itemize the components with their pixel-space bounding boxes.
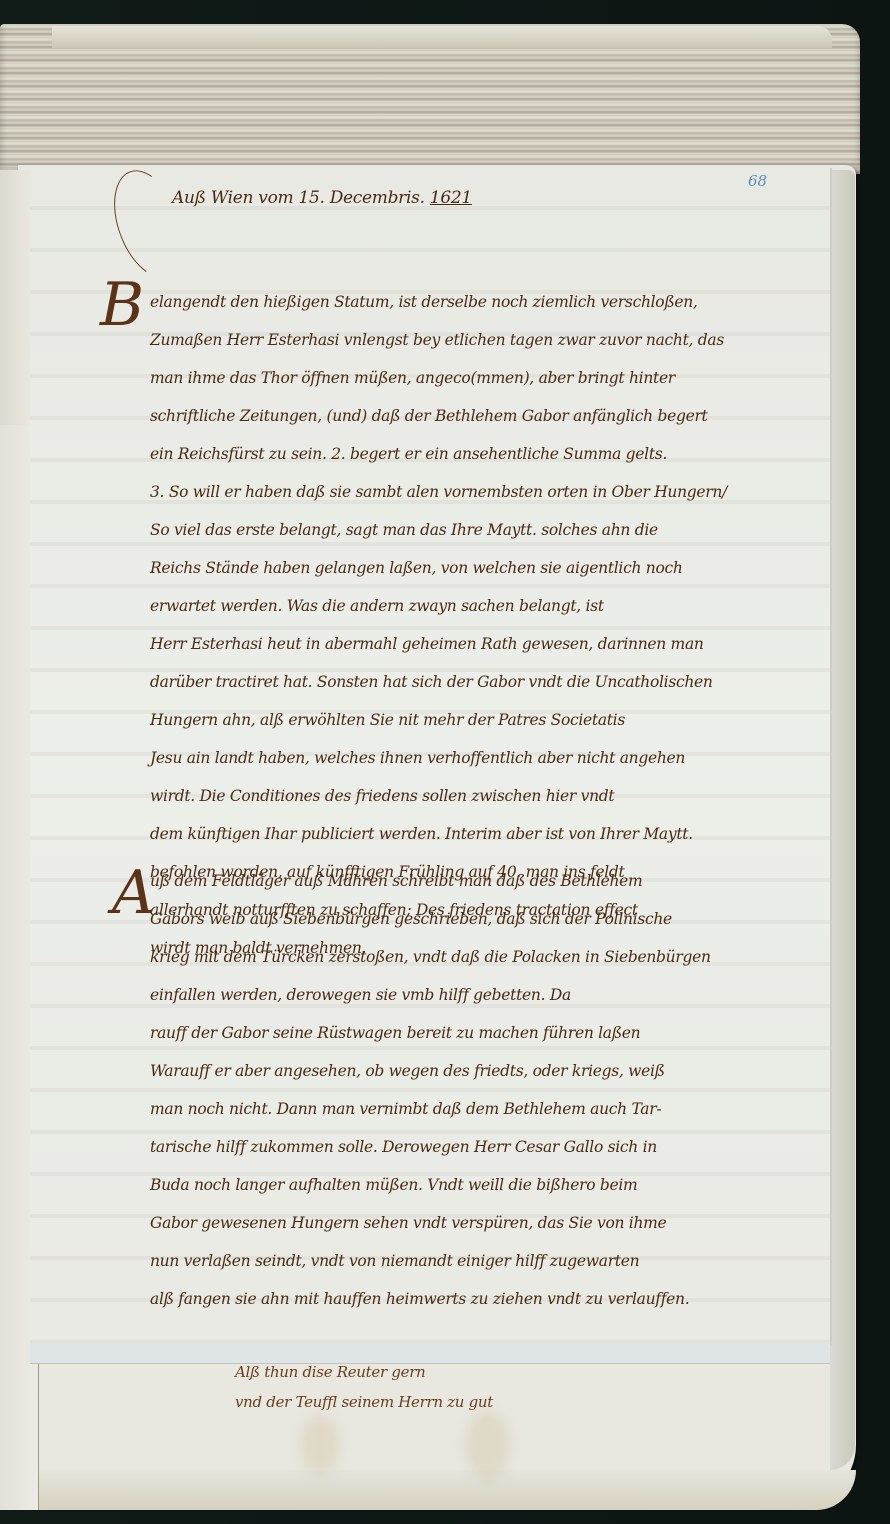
text-line: rauff der Gabor seine Rüstwagen bereit z…	[150, 1014, 810, 1052]
text-line: Gabor gewesenen Hungern sehen vndt versp…	[150, 1204, 810, 1242]
text-line: krieg mit dem Türcken zerstoßen, vndt da…	[150, 938, 810, 976]
text-line: elangendt den hießigen Statum, ist derse…	[150, 283, 810, 321]
water-stain	[300, 1415, 340, 1475]
decorated-initial: B	[100, 270, 144, 340]
text-line: Herr Esterhasi heut in abermahl geheimen…	[150, 625, 810, 663]
text-line: man ihme das Thor öffnen müßen, angeco(m…	[150, 359, 810, 397]
text-line: Jesu ain landt haben, welches ihnen verh…	[150, 739, 810, 777]
footnote: Alß thun dise Reuter gern vnd der Teuffl…	[235, 1357, 493, 1417]
water-stain	[465, 1410, 510, 1480]
text-line: erwartet werden. Was die andern zwayn sa…	[150, 587, 810, 625]
text-line: So viel das erste belangt, sagt man das …	[150, 511, 810, 549]
page-stack-top-leaf	[52, 26, 832, 48]
paragraph-2: uß dem Feldtläger auß Mähren schreibt ma…	[150, 862, 810, 1318]
heading-year: 1621	[430, 188, 472, 208]
text-line: Warauff er aber angesehen, ob wegen des …	[150, 1052, 810, 1090]
text-line: Buda noch langer aufhalten müßen. Vndt w…	[150, 1166, 810, 1204]
text-line: nun verlaßen seindt, vndt von niemandt e…	[150, 1242, 810, 1280]
text-line: man noch nicht. Dann man vernimbt daß de…	[150, 1090, 810, 1128]
document-heading: Auß Wien vom 15. Decembris. 1621	[172, 188, 472, 208]
footnote-line: vnd der Teuffl seinem Herrn zu gut	[235, 1387, 493, 1417]
heading-text: Auß Wien vom 15. Decembris.	[172, 188, 425, 208]
folio-number: 68	[748, 172, 767, 190]
text-line: Hungern ahn, alß erwöhlten Sie nit mehr …	[150, 701, 810, 739]
text-line: uß dem Feldtläger auß Mähren schreibt ma…	[150, 862, 810, 900]
footnote-line: Alß thun dise Reuter gern	[235, 1357, 493, 1387]
right-page-edge	[830, 170, 855, 1470]
text-line: alß fangen sie ahn mit hauffen heimwerts…	[150, 1280, 810, 1318]
text-line: wirdt. Die Conditiones des friedens soll…	[150, 777, 810, 815]
text-line: Gabors weib auß Siebenbürgen geschrieben…	[150, 900, 810, 938]
text-line: einfallen werden, derowegen sie vmb hilf…	[150, 976, 810, 1014]
text-line: dem künftigen Ihar publiciert werden. In…	[150, 815, 810, 853]
text-line: tarische hilff zukommen solle. Derowegen…	[150, 1128, 810, 1166]
text-line: ein Reichsfürst zu sein. 2. begert er ei…	[150, 435, 810, 473]
bottom-page-edge	[18, 1470, 856, 1510]
text-line: Zumaßen Herr Esterhasi vnlengst bey etli…	[150, 321, 810, 359]
text-line: Reichs Stände haben gelangen laßen, von …	[150, 549, 810, 587]
decorated-initial: A	[112, 858, 155, 928]
text-line: schriftliche Zeitungen, (und) daß der Be…	[150, 397, 810, 435]
text-line: 3. So will er haben daß sie sambt alen v…	[150, 473, 810, 511]
text-line: darüber tractiret hat. Sonsten hat sich …	[150, 663, 810, 701]
